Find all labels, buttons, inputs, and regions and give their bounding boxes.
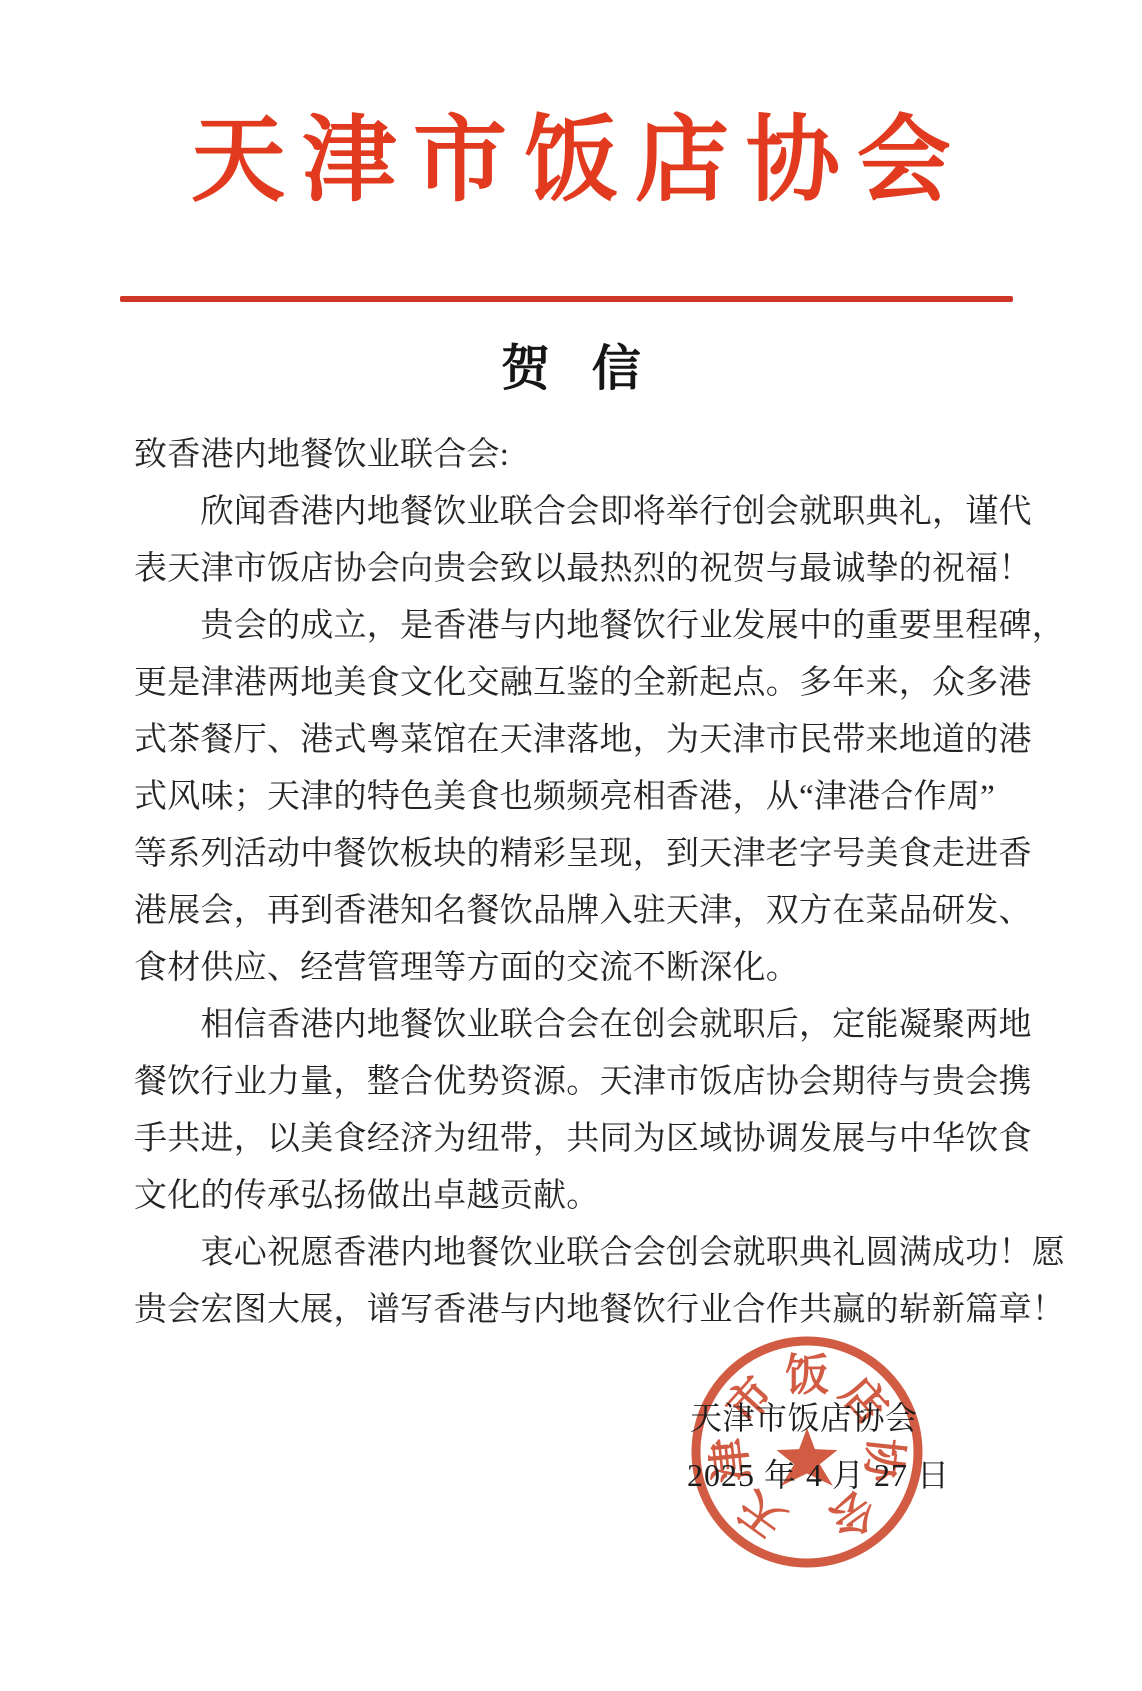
body-line-6: 式风味；天津的特色美食也频频亮相香港，从“津港合作周” — [134, 769, 1054, 826]
letterhead-org-title: 天津市饭店协会 — [0, 112, 1142, 211]
signature-date: 2025 年 4 月 27 日 — [687, 1458, 950, 1492]
seal-char: 饭 — [785, 1351, 829, 1400]
body-line-2: 表天津市饭店协会向贵会致以最热烈的祝贺与最诚挚的祝福！ — [134, 541, 1054, 598]
body-line-3: 贵会的成立，是香港与内地餐饮行业发展中的重要里程碑， — [134, 598, 1054, 655]
letterhead-divider — [120, 296, 1013, 302]
body-line-10: 相信香港内地餐饮业联合会在创会就职后，定能凝聚两地 — [134, 997, 1054, 1054]
body-line-9: 食材供应、经营管理等方面的交流不断深化。 — [134, 940, 1054, 997]
body-line-5: 式茶餐厅、港式粤菜馆在天津落地，为天津市民带来地道的港 — [134, 712, 1054, 769]
salutation: 致香港内地餐饮业联合会: — [134, 427, 1054, 484]
letter-page: 天津市饭店协会 贺 信 致香港内地餐饮业联合会: 欣闻香港内地餐饮业联合会即将举… — [0, 0, 1142, 1691]
body-line-1: 欣闻香港内地餐饮业联合会即将举行创会就职典礼，谨代 — [134, 484, 1054, 541]
body-line-4: 更是津港两地美食文化交融互鉴的全新起点。多年来，众多港 — [134, 655, 1054, 712]
body-line-13: 文化的传承弘扬做出卓越贡献。 — [134, 1168, 1054, 1225]
body-line-11: 餐饮行业力量，整合优势资源。天津市饭店协会期待与贵会携 — [134, 1054, 1054, 1111]
body-line-12: 手共进，以美食经济为纽带，共同为区域协调发展与中华饮食 — [134, 1111, 1054, 1168]
body-line-14: 衷心祝愿香港内地餐饮业联合会创会就职典礼圆满成功！愿 — [134, 1225, 1054, 1282]
official-red-seal: 天 津 市 饭 店 协 会 — [667, 1312, 947, 1592]
letter-body: 致香港内地餐饮业联合会: 欣闻香港内地餐饮业联合会即将举行创会就职典礼，谨代 表… — [134, 427, 1054, 1339]
signature-org: 天津市饭店协会 — [690, 1401, 918, 1435]
body-line-7: 等系列活动中餐饮板块的精彩呈现，到天津老字号美食走进香 — [134, 826, 1054, 883]
letter-heading: 贺 信 — [0, 340, 1142, 399]
body-line-8: 港展会，再到香港知名餐饮品牌入驻天津，双方在菜品研发、 — [134, 883, 1054, 940]
